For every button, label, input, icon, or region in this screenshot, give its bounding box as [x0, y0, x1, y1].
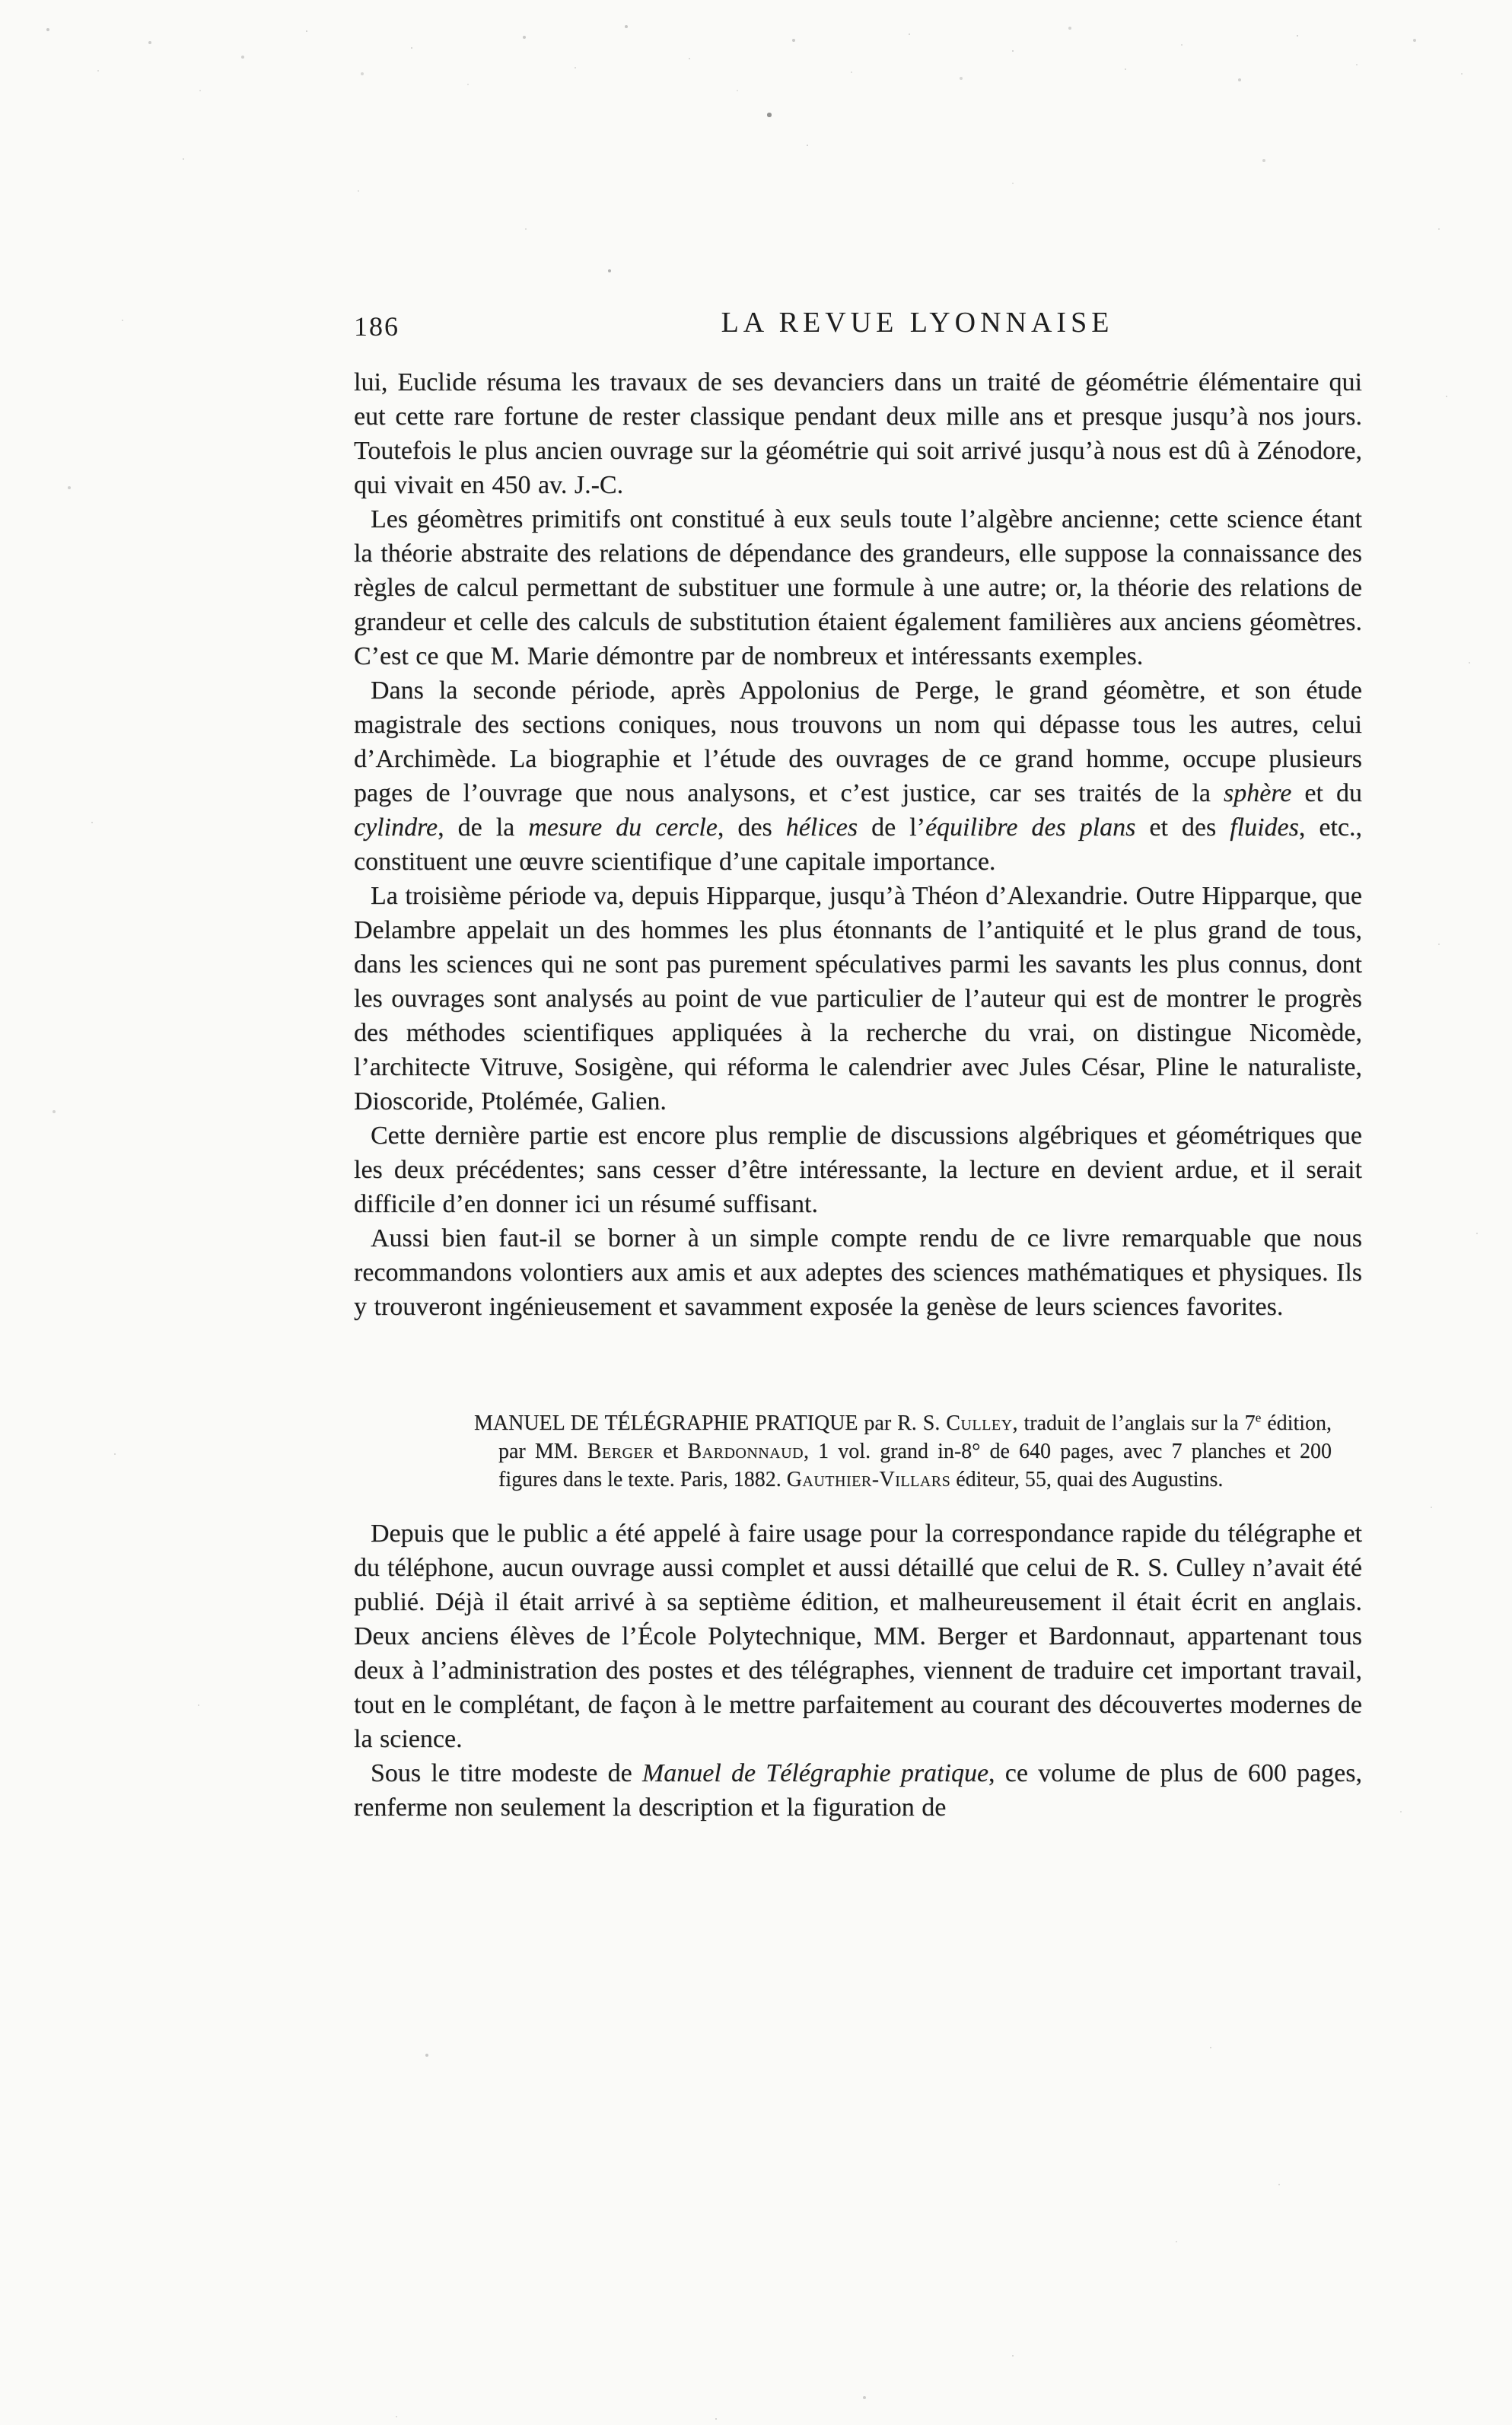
scan-noise-specks	[0, 0, 2, 2]
italic-text-run: fluides	[1230, 813, 1299, 842]
small-caps-text-run: Bardonnaud	[687, 1440, 804, 1463]
paragraph: Cette dernière partie est encore plus re…	[354, 1119, 1362, 1221]
text-run: Les géomètres primitifs ont constitué à …	[354, 505, 1362, 670]
text-run: de l’	[858, 813, 925, 842]
italic-text-run: cylindre	[354, 813, 438, 842]
page-number: 186	[354, 310, 399, 342]
italic-text-run: mesure du cercle	[528, 813, 718, 842]
article-review-culley: Depuis que le public a été appelé à fair…	[354, 1516, 1362, 1825]
running-head: 186 LA REVUE LYONNAISE	[354, 306, 1362, 345]
paragraph: lui, Euclide résuma les travaux de ses d…	[354, 365, 1362, 502]
text-run: et	[654, 1440, 687, 1463]
small-caps-text-run: Culley	[946, 1411, 1012, 1435]
text-run: Cette dernière partie est encore plus re…	[354, 1122, 1362, 1218]
text-run: La troisième période va, depuis Hipparqu…	[354, 882, 1362, 1115]
body-paragraphs-culley: Depuis que le public a été appelé à fair…	[354, 1516, 1362, 1825]
text-run: et du	[1291, 779, 1362, 807]
text-run: Dans la seconde période, après Appoloniu…	[354, 676, 1362, 807]
text-run: , traduit de l’anglais sur la 7	[1013, 1411, 1256, 1435]
paragraph: Sous le titre modeste de Manuel de Télég…	[354, 1756, 1362, 1825]
body-paragraphs-marie: lui, Euclide résuma les travaux de ses d…	[354, 365, 1362, 1324]
bibliography-entry: MANUEL DE TÉLÉGRAPHIE PRATIQUE par R. S.…	[474, 1409, 1332, 1494]
text-run: Aussi bien faut-il se borner à un simple…	[354, 1224, 1362, 1321]
italic-text-run: hélices	[786, 813, 858, 842]
text-run: lui, Euclide résuma les travaux de ses d…	[354, 368, 1362, 499]
paragraph: La troisième période va, depuis Hipparqu…	[354, 879, 1362, 1119]
italic-text-run: équilibre des plans	[925, 813, 1135, 842]
article-review-marie: lui, Euclide résuma les travaux de ses d…	[354, 365, 1362, 1324]
text-run: Sous le titre modeste de	[371, 1759, 642, 1787]
text-run: éditeur, 55, quai des Augustins.	[950, 1468, 1223, 1491]
paragraph: Aussi bien faut-il se borner à un simple…	[354, 1221, 1362, 1324]
italic-text-run: Manuel de Télégraphie pratique	[642, 1759, 988, 1787]
paragraph: Depuis que le public a été appelé à fair…	[354, 1516, 1362, 1756]
paragraph: Les géomètres primitifs ont constitué à …	[354, 502, 1362, 673]
text-run: MANUEL DE TÉLÉGRAPHIE PRATIQUE par R. S.	[474, 1411, 946, 1435]
journal-title: LA REVUE LYONNAISE	[413, 306, 1421, 339]
scanned-book-page: 186 LA REVUE LYONNAISE lui, Euclide résu…	[0, 0, 1512, 2425]
italic-text-run: sphère	[1224, 779, 1291, 807]
text-run: , des	[718, 813, 786, 842]
small-caps-text-run: Berger	[587, 1440, 654, 1463]
text-run: Depuis que le public a été appelé à fair…	[354, 1520, 1362, 1753]
text-run: et des	[1135, 813, 1230, 842]
paragraph: Dans la seconde période, après Appoloniu…	[354, 673, 1362, 879]
text-run: , de la	[438, 813, 528, 842]
page-content: 186 LA REVUE LYONNAISE lui, Euclide résu…	[354, 306, 1362, 1825]
small-caps-text-run: Gauthier-Villars	[787, 1468, 951, 1491]
